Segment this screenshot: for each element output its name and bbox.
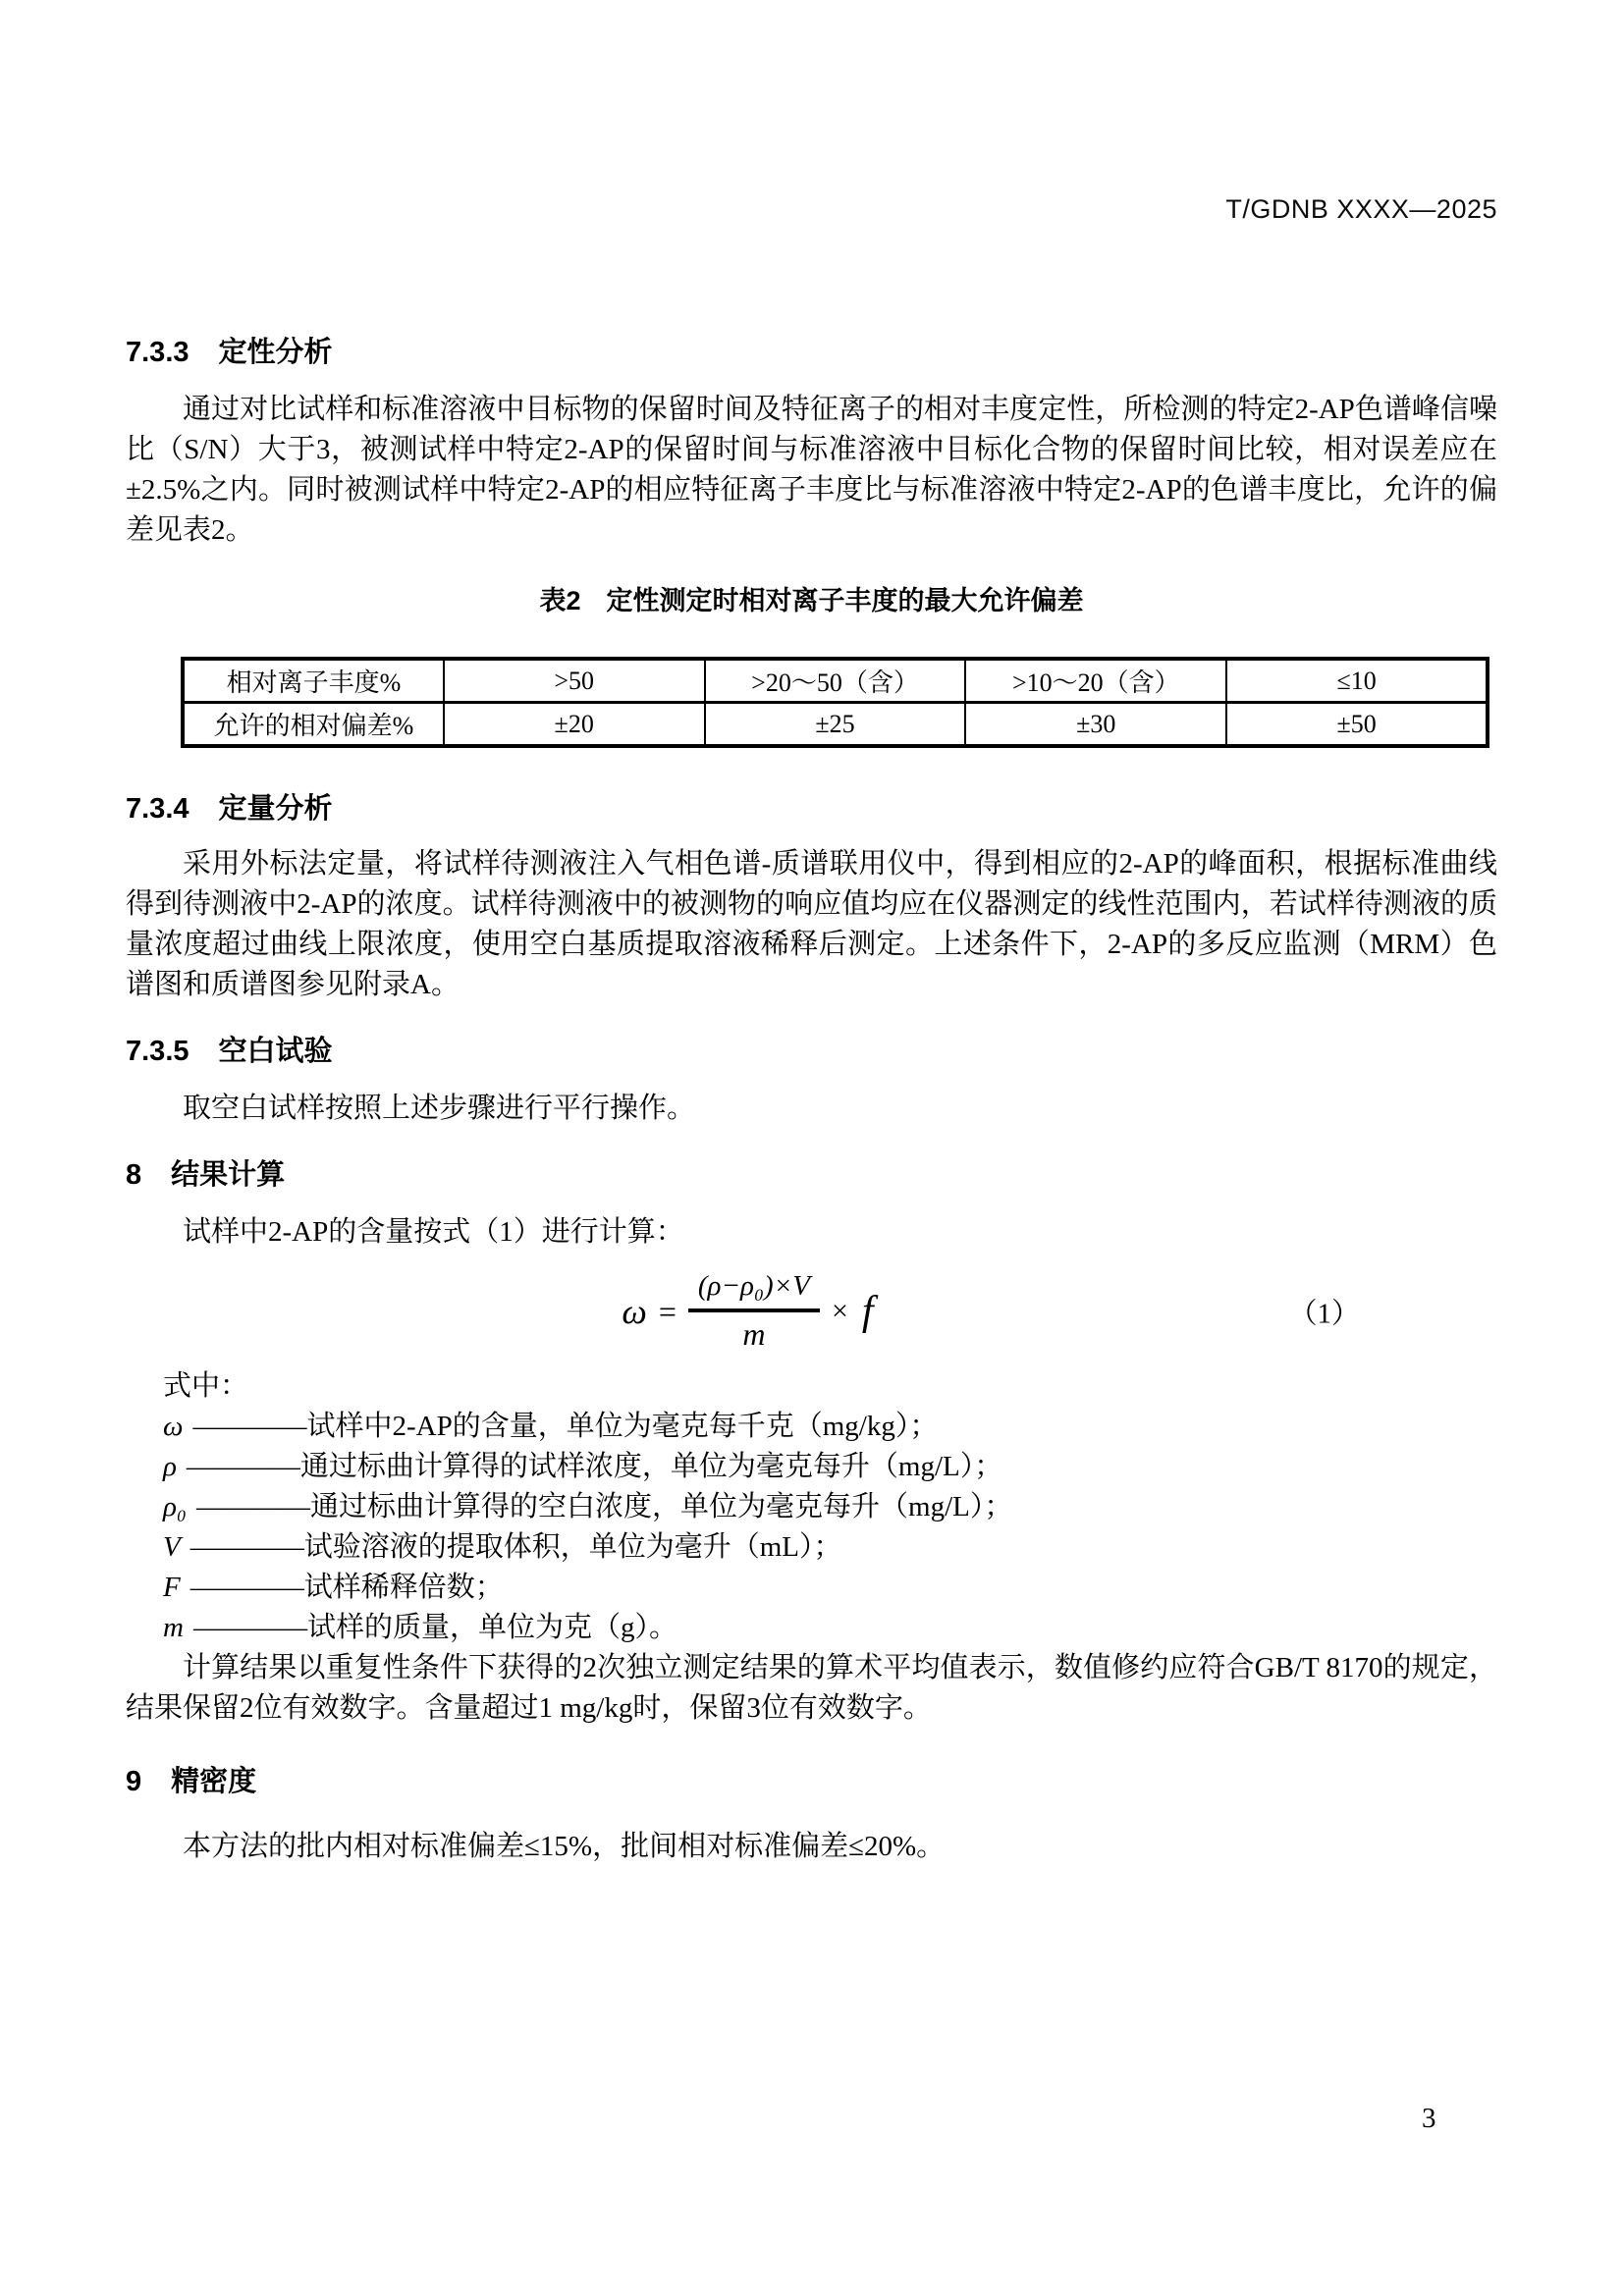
paragraph-7-3-3: 通过对比试样和标准溶液中目标物的保留时间及特征离子的相对丰度定性，所检测的特定2… [126, 390, 1497, 551]
section-heading-7-3-4: 7.3.4定量分析 [126, 791, 1497, 827]
definition-symbol: ρ [163, 1451, 177, 1482]
definition-symbol: V [163, 1531, 181, 1563]
table-row-header: 允许的相对偏差% [183, 703, 444, 747]
formula-lhs: ω [622, 1291, 646, 1332]
table2-caption-title: 定性测定时相对离子丰度的最大允许偏差 [607, 586, 1084, 615]
section-number: 7.3.5 [126, 1036, 189, 1067]
section-title: 定性分析 [219, 337, 333, 368]
table-cell: >20～50（含） [705, 659, 966, 703]
definition-text: ————通过标曲计算得的空白浓度，单位为毫克每升（mg/L）； [196, 1491, 1012, 1522]
table-cell: ±50 [1226, 703, 1488, 747]
table-cell: ≤10 [1226, 659, 1488, 703]
table-cell: ±30 [965, 703, 1226, 747]
document-page: T/GDNB XXXX—2025 7.3.3定性分析 通过对比试样和标准溶液中目… [0, 0, 1624, 2296]
table-row: 允许的相对偏差% ±20 ±25 ±30 ±50 [183, 703, 1488, 747]
section-heading-9: 9精密度 [126, 1764, 1497, 1799]
section-heading-8: 8结果计算 [126, 1157, 1497, 1193]
paragraph-7-3-5: 取空白试样按照上述步骤进行平行操作。 [126, 1089, 1497, 1129]
page-content: T/GDNB XXXX—2025 7.3.3定性分析 通过对比试样和标准溶液中目… [126, 0, 1497, 1896]
section-title: 定量分析 [219, 793, 333, 825]
doc-code: T/GDNB XXXX—2025 [126, 194, 1497, 225]
table-cell: >10～20（含） [965, 659, 1226, 703]
table2-caption-label: 表2 [539, 586, 580, 615]
definition-symbol: ρ₀ [163, 1491, 187, 1522]
section-heading-7-3-3: 7.3.3定性分析 [126, 335, 1497, 370]
definition-symbol: F [163, 1572, 181, 1603]
definition-text: ————试样的质量，单位为克（g）。 [193, 1612, 677, 1643]
definition-text: ————通过标曲计算得的试样浓度，单位为毫克每升（mg/L）； [187, 1451, 1002, 1482]
definition-text: ————试样中2-AP的含量，单位为毫克每千克（mg/kg）； [192, 1411, 938, 1442]
section-title: 精密度 [171, 1766, 256, 1797]
where-label: 式中： [163, 1366, 1497, 1407]
formula-denominator: m [742, 1312, 765, 1353]
definition-row: ρ₀————通过标曲计算得的空白浓度，单位为毫克每升（mg/L）； [163, 1487, 1497, 1527]
definition-symbol: ω [163, 1411, 183, 1442]
section-number: 8 [126, 1159, 141, 1191]
formula-body: ω = (ρ−ρ₀)×V m × f [622, 1270, 873, 1353]
section-number: 9 [126, 1766, 141, 1797]
definition-text: ————试验溶液的提取体积，单位为毫升（mL）； [190, 1531, 842, 1563]
definition-row: ω————试样中2-AP的含量，单位为毫克每千克（mg/kg）； [163, 1407, 1497, 1447]
definition-row: ρ————通过标曲计算得的试样浓度，单位为毫克每升（mg/L）； [163, 1447, 1497, 1487]
formula-intro: 试样中2-AP的含量按式（1）进行计算： [126, 1212, 1497, 1253]
section-heading-7-3-5: 7.3.5空白试验 [126, 1034, 1497, 1069]
table-cell: >50 [444, 659, 705, 703]
paragraph-9: 本方法的批内相对标准偏差≤15%，批间相对标准偏差≤20%。 [126, 1827, 1497, 1867]
formula: ω = (ρ−ρ₀)×V m × f （1） [126, 1260, 1497, 1362]
equation-number: （1） [1288, 1292, 1360, 1332]
section-number: 7.3.3 [126, 337, 189, 368]
formula-numerator: (ρ−ρ₀)×V [688, 1270, 820, 1312]
table2: 相对离子丰度% >50 >20～50（含） >10～20（含） ≤10 允许的相… [181, 657, 1489, 748]
multiply-sign: × [832, 1295, 848, 1328]
table2-caption: 表2定性测定时相对离子丰度的最大允许偏差 [126, 579, 1497, 617]
paragraph-result-rounding: 计算结果以重复性条件下获得的2次独立测定结果的算术平均值表示，数值修约应符合GB… [126, 1648, 1497, 1729]
formula-factor: f [860, 1288, 874, 1335]
table-cell: ±20 [444, 703, 705, 747]
section-title: 空白试验 [219, 1036, 333, 1067]
definition-row: m————试样的质量，单位为克（g）。 [163, 1608, 1497, 1648]
table-cell: ±25 [705, 703, 966, 747]
definition-symbol: m [163, 1612, 184, 1643]
section-title: 结果计算 [171, 1159, 285, 1191]
definition-row: V————试验溶液的提取体积，单位为毫升（mL）； [163, 1527, 1497, 1568]
table-row-header: 相对离子丰度% [183, 659, 444, 703]
page-number: 3 [1422, 2103, 1436, 2135]
formula-fraction: (ρ−ρ₀)×V m [688, 1270, 820, 1353]
section-number: 7.3.4 [126, 793, 189, 825]
definition-text: ————试样稀释倍数； [190, 1572, 504, 1603]
formula-equals: = [659, 1294, 677, 1330]
definition-row: F————试样稀释倍数； [163, 1568, 1497, 1608]
paragraph-7-3-4: 采用外标法定量，将试样待测液注入气相色谱-质谱联用仪中，得到相应的2-AP的峰面… [126, 844, 1497, 1005]
table-row: 相对离子丰度% >50 >20～50（含） >10～20（含） ≤10 [183, 659, 1488, 703]
